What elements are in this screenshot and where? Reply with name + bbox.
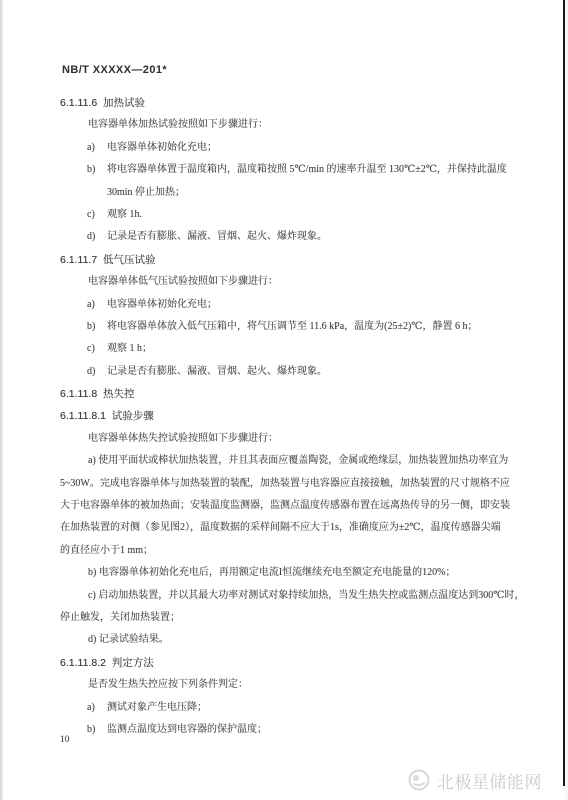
- doc-line-intro: a) 使用平面状或棒状加热装置，并且其表面应覆盖陶瓷，金属或绝缘层，加热装置加热…: [0, 450, 568, 472]
- doc-line-intro: c) 启动加热装置，并以其最大功率对测试对象持续加热，当发生热失控或监测点温度达…: [0, 585, 568, 607]
- page-number: 10: [60, 733, 70, 747]
- list-item-text: 电容器单体初始化充电；: [0, 294, 217, 316]
- list-item-text: 记录是否有膨胀、漏液、冒烟、起火、爆炸现象。: [0, 361, 327, 383]
- doc-line-intro: 是否发生热失控应按下列条件判定：: [0, 674, 568, 696]
- list-item-label: b): [87, 719, 95, 741]
- doc-line-cont: 30min 停止加热；: [0, 182, 568, 204]
- list-item-label: b): [87, 159, 95, 181]
- list-item-text: 测试对象产生电压降；: [0, 697, 207, 719]
- doc-line-intro: 电容器单体低气压试验按照如下步骤进行：: [0, 271, 568, 293]
- list-item-label: a): [87, 137, 95, 159]
- doc-line-intro: 电容器单体热失控试验按照如下步骤进行：: [0, 428, 568, 450]
- list-item-text: 记录是否有膨胀、漏液、冒烟、起火、爆炸现象。: [0, 226, 327, 248]
- list-item-text: 将电容器单体置于温度箱内，温度箱按照 5℃/min 的速率升温至 130℃±2℃…: [0, 159, 507, 181]
- doc-line-intro: d) 记录试验结果。: [0, 629, 568, 651]
- list-item-label: c): [87, 204, 95, 226]
- doc-line-wrap: 停止触发，关闭加热装置；: [0, 607, 568, 629]
- doc-line-intro: b) 电容器单体初始化充电后，再用额定电流I恒流继续充电至额定充电能量的120%…: [0, 562, 568, 584]
- standard-number-header: NB/T XXXXX—201*: [62, 64, 167, 76]
- document-body: 6.1.11.6 加热试验电容器单体加热试验按照如下步骤进行：a)电容器单体初始…: [0, 92, 568, 741]
- doc-line-heading: 6.1.11.8.1 试验步骤: [0, 405, 568, 427]
- doc-line-wrap: 大于电容器单体的被加热面；安装温度监测器，监测点温度传感器布置在远离热传导的另一…: [0, 495, 568, 517]
- doc-line-heading: 6.1.11.7 低气压试验: [0, 249, 568, 271]
- doc-line-item: c)观察 1 h；: [0, 338, 568, 360]
- document-page: NB/T XXXXX—201* 6.1.11.6 加热试验电容器单体加热试验按照…: [0, 0, 568, 800]
- list-item-text: 观察 1h.: [0, 204, 142, 226]
- list-item-text: 将电容器单体放入低气压箱中，将气压调节至 11.6 kPa，温度为(25±2)℃…: [0, 316, 477, 338]
- doc-line-wrap: 的直径应小于1 mm；: [0, 540, 568, 562]
- list-item-text: 电容器单体初始化充电；: [0, 137, 217, 159]
- doc-line-wrap: 在加热装置的对侧（参见图2），温度数据的采样间隔不应大于1s，准确度应为±2℃，…: [0, 517, 568, 539]
- watermark: 北极星储能网: [407, 767, 542, 793]
- doc-line-wrap: 5~30W。完成电容器单体与加热装置的装配，加热装置与电容器应直接接触，加热装置…: [0, 473, 568, 495]
- doc-line-item: c)观察 1h.: [0, 204, 568, 226]
- watermark-text: 北极星储能网: [437, 768, 542, 793]
- list-item-label: b): [87, 316, 95, 338]
- doc-line-item: a)测试对象产生电压降；: [0, 697, 568, 719]
- list-item-label: a): [87, 294, 95, 316]
- list-item-label: a): [87, 697, 95, 719]
- list-item-label: d): [87, 226, 95, 248]
- doc-line-item: d)记录是否有膨胀、漏液、冒烟、起火、爆炸现象。: [0, 361, 568, 383]
- list-item-label: c): [87, 338, 95, 360]
- doc-line-intro: 电容器单体加热试验按照如下步骤进行：: [0, 114, 568, 136]
- list-item-label: d): [87, 361, 95, 383]
- doc-line-item: a)电容器单体初始化充电；: [0, 137, 568, 159]
- doc-line-item: b)将电容器单体放入低气压箱中，将气压调节至 11.6 kPa，温度为(25±2…: [0, 316, 568, 338]
- doc-line-item: d)记录是否有膨胀、漏液、冒烟、起火、爆炸现象。: [0, 226, 568, 248]
- list-item-text: 监测点温度达到电容器的保护温度；: [0, 719, 267, 741]
- doc-line-item: a)电容器单体初始化充电；: [0, 294, 568, 316]
- list-item-text: 观察 1 h；: [0, 338, 152, 360]
- doc-line-heading: 6.1.11.8 热失控: [0, 383, 568, 405]
- doc-line-heading: 6.1.11.6 加热试验: [0, 92, 568, 114]
- doc-line-heading: 6.1.11.8.2 判定方法: [0, 652, 568, 674]
- doc-line-item: b)监测点温度达到电容器的保护温度；: [0, 719, 568, 741]
- polaris-star-logo-icon: [407, 768, 431, 792]
- doc-line-item: b)将电容器单体置于温度箱内，温度箱按照 5℃/min 的速率升温至 130℃±…: [0, 159, 568, 181]
